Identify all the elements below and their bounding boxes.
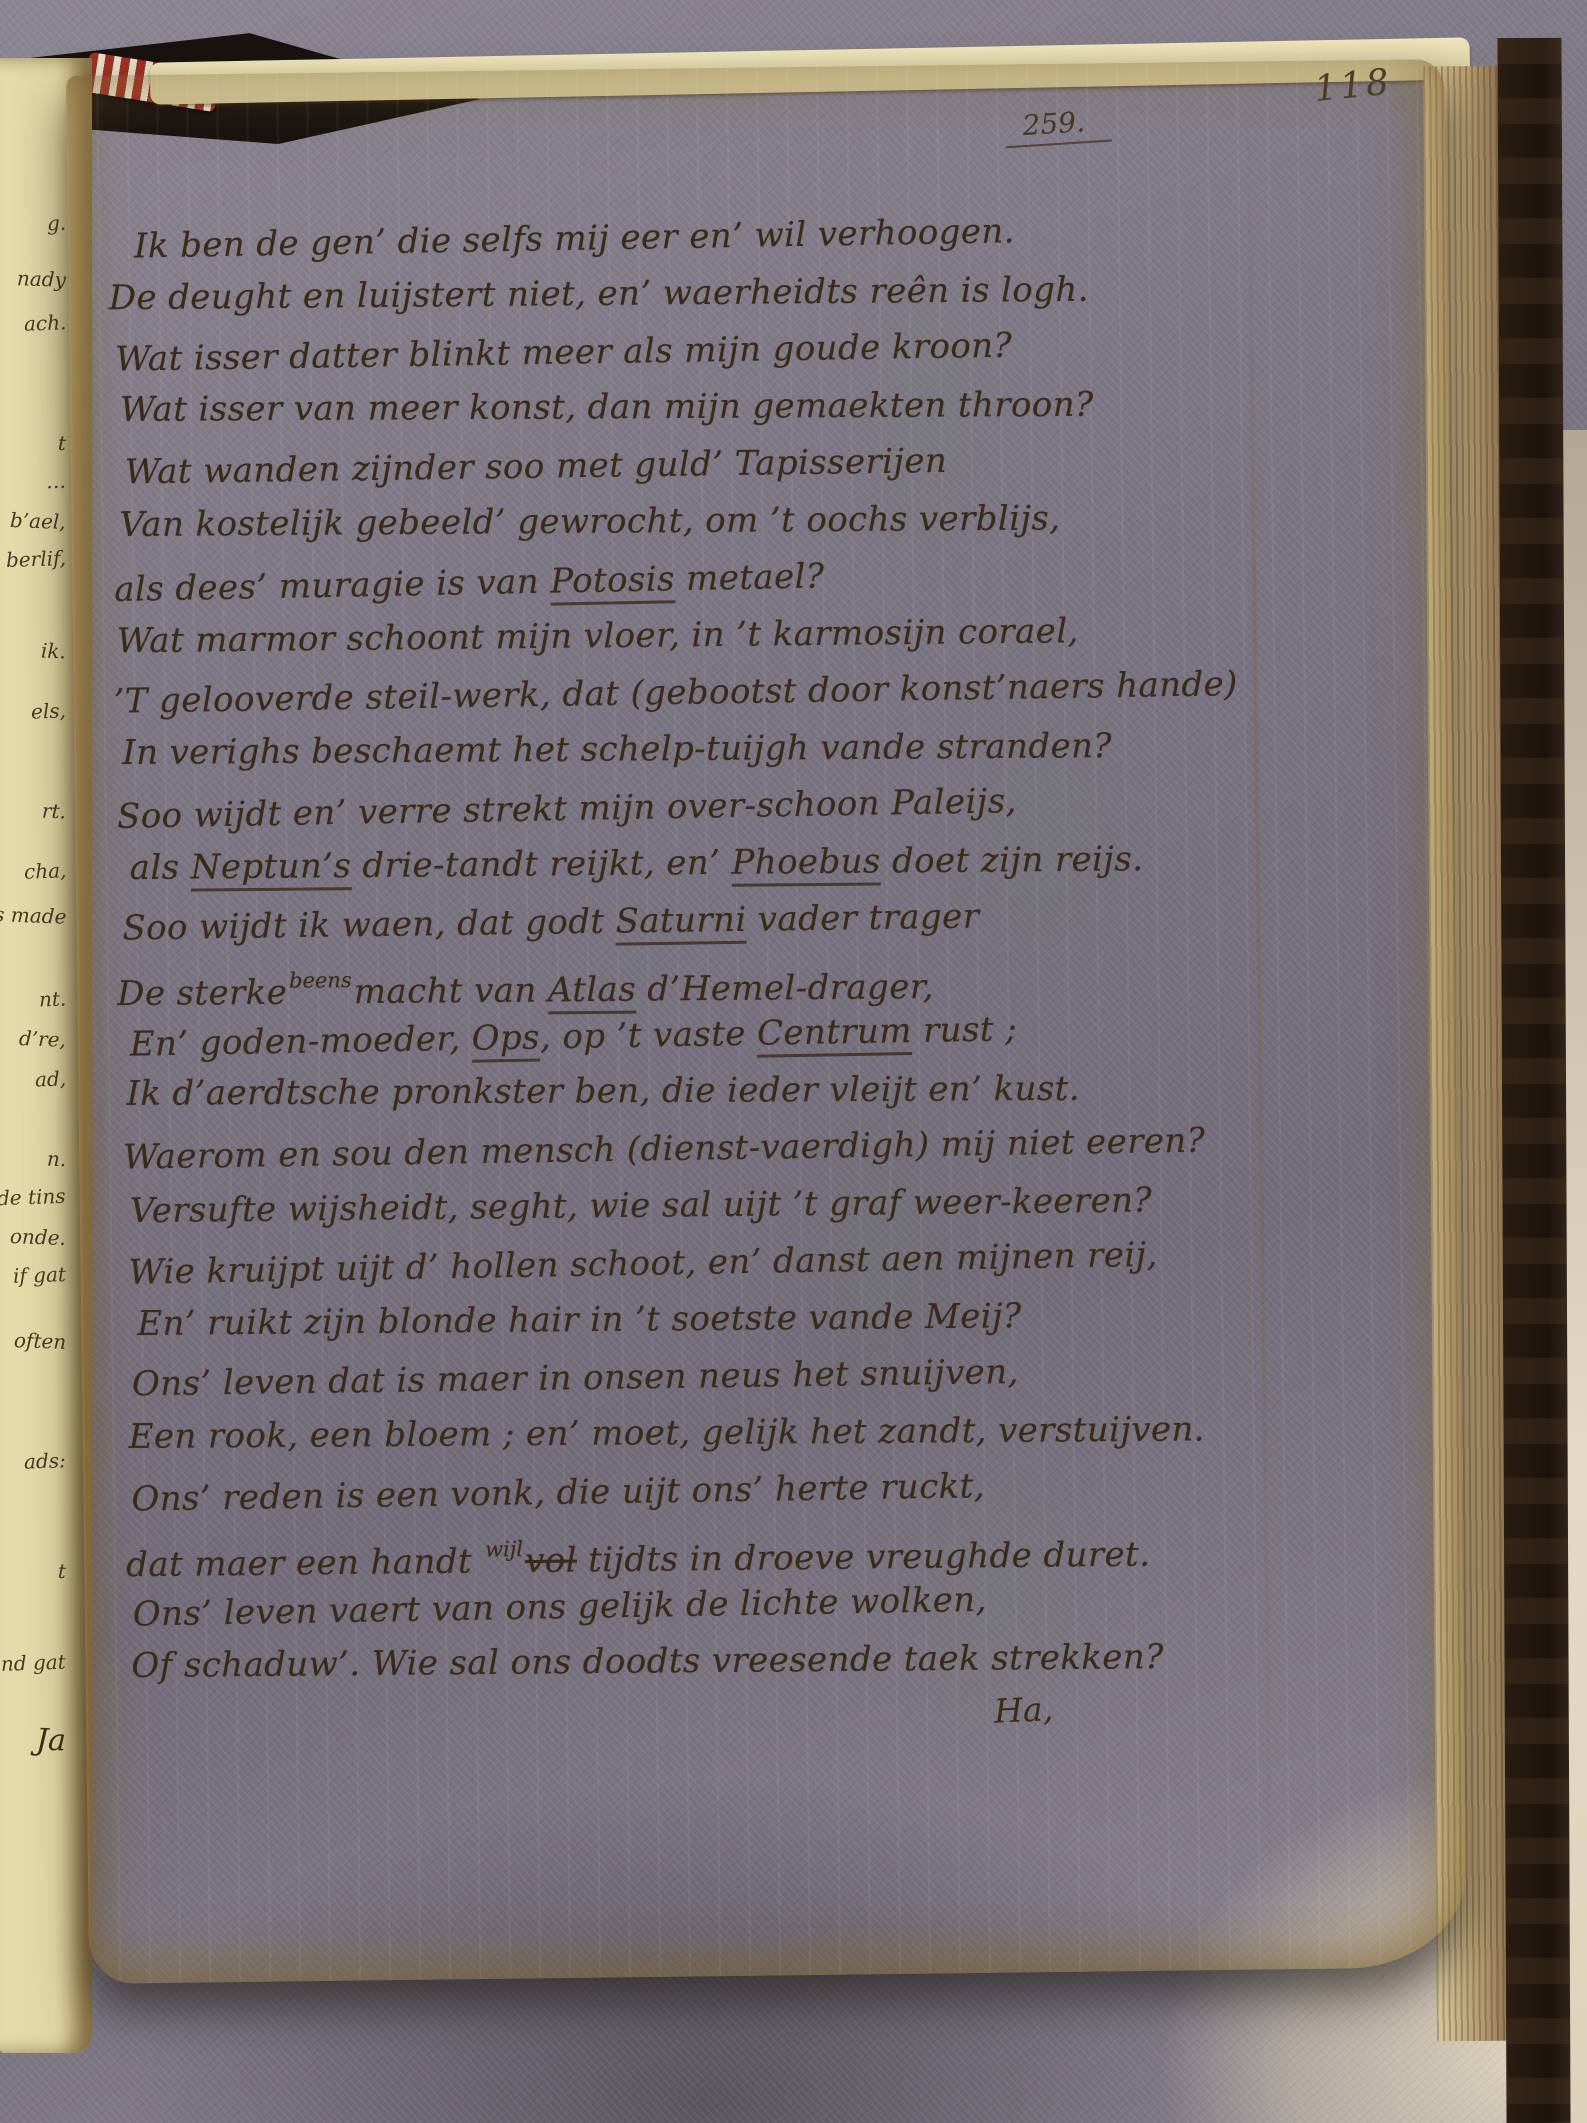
facing-page-text-fragment: t (58, 1560, 67, 1582)
facing-page-text-fragment: nt. (38, 988, 66, 1011)
facing-page-text-fragment: often (13, 1329, 66, 1353)
line-text: In verighs beschaemt het schelp-tuijgh v… (122, 726, 1112, 773)
line-text: als dees’ muragie is van (114, 562, 551, 610)
facing-page-text-fragment: ad, (35, 1067, 67, 1090)
facing-page-text-fragment: … (46, 470, 67, 493)
underlined-word: Ops (471, 1018, 540, 1063)
line-text: Of schaduw’. Wie sal ons doodts vreesend… (131, 1637, 1164, 1686)
line-text: Wie kruijpt uijt d’ hollen schoot, en’ d… (128, 1235, 1158, 1293)
line-text: Versufte wijsheidt, seght, wie sal uijt … (130, 1180, 1153, 1231)
line-text: Wat marmor schoont mijn vloer, in ’t kar… (117, 611, 1079, 661)
line-text: Wat isser van meer konst, dan mijn gemae… (120, 385, 1094, 430)
facing-page-text-fragment: t (58, 432, 67, 454)
interlinear-insertion: beens (289, 968, 352, 993)
line-text: doet zijn reijs. (881, 839, 1144, 881)
line-text: drie-tandt reijkt, en’ (351, 843, 732, 886)
line-text: Een rook, een bloem ; en’ moet, gelijk h… (129, 1409, 1206, 1457)
manuscript-lines: Ik ben de gen’ die selfs mij eer en’ wil… (108, 200, 1426, 1698)
line-text: Ons’ leven vaert van ons gelijk de licht… (132, 1580, 987, 1635)
line-text: metael? (675, 556, 825, 599)
line-text: Ik d’aerdtsche pronkster ben, die ieder … (126, 1069, 1080, 1114)
line-text: En’ goden-moeder, (129, 1019, 472, 1065)
line-text: Wat wanden zijnder soo met guld’ Tapisse… (125, 441, 948, 492)
facing-page-text-fragment: onde. (10, 1225, 67, 1249)
line-text: ’T gelooverde steil-werk, dat (gebootst … (113, 664, 1238, 722)
line-text: , op ’t vaste (540, 1014, 758, 1058)
manuscript-page: 118 259. Ik ben de gen’ die selfs mij ee… (66, 59, 1467, 1984)
struck-word: vol (525, 1541, 577, 1582)
facing-page-text-fragment: and gat (0, 1651, 66, 1676)
line-text: Ons’ leven dat is maer in onsen neus het… (132, 1352, 1019, 1404)
book-cover-edge (1497, 38, 1570, 2123)
facing-page-text-fragment: els, (31, 699, 67, 722)
line-text: Soo wijdt ik waen, dat godt (122, 902, 616, 949)
line-text: rust ; (912, 1009, 1018, 1051)
underlined-word: Neptun’s (191, 846, 352, 891)
underlined-word: Phoebus (731, 841, 881, 886)
facing-page-text-fragment: b’ael, (10, 509, 66, 533)
folio-number: 118 (1312, 63, 1393, 111)
line-text: Van kostelijk gebeeld’ gewrocht, om ’t o… (119, 498, 1060, 545)
facing-page-text-fragment: berlif, (6, 547, 67, 571)
facing-page-text-fragment: d’re, (19, 1027, 67, 1051)
line-text: macht van (354, 970, 548, 1012)
facing-page-text-fragment: ik. (41, 640, 67, 663)
underlined-word: Saturni (615, 900, 747, 946)
facing-page-text-fragment: de tins (0, 1185, 66, 1209)
line-text: dat maer een handt (126, 1542, 483, 1586)
underlined-word: Potosis (550, 559, 676, 605)
facing-page-text-fragment: if gat (13, 1263, 67, 1287)
facing-page-text-fragment: iets made (0, 902, 66, 927)
line-text: Soo wijdt en’ verre strekt mijn over-sch… (117, 781, 1017, 837)
line-text: En’ ruikt zijn blonde hair in ’t soetste… (137, 1296, 1022, 1344)
line-text: Ik ben de gen’ die selfs mij eer en’ wil… (134, 211, 1015, 266)
manuscript-line: Of schaduw’. Wie sal ons doodts vreesend… (131, 1627, 1425, 1695)
line-text: vader trager (746, 897, 979, 940)
facing-page-text-fragment: nady (17, 267, 67, 291)
line-text: Ons’ reden is een vonk, die uijt ons’ he… (131, 1466, 985, 1519)
facing-page-text-fragment: cha, (23, 859, 66, 882)
line-text: De deught en luijstert niet, en’ waerhei… (109, 270, 1089, 319)
facing-page-text-fragment: ach. (23, 311, 66, 334)
facing-page-text-fragment: n. (46, 1148, 66, 1171)
facing-page-text-fragment: ads: (24, 1449, 66, 1472)
facing-page-text-fragment: rt. (42, 800, 67, 823)
old-page-number: 259. (1004, 104, 1113, 148)
line-text: Wat isser datter blinkt meer als mijn go… (115, 326, 1012, 380)
facing-page-text-fragment: Ja (36, 1729, 67, 1752)
line-text: als (130, 848, 191, 889)
catchword: Ha, (993, 1691, 1054, 1730)
line-text: Waerom en sou den mensch (dienst-vaerdig… (123, 1121, 1206, 1178)
underlined-word: Centrum (757, 1011, 913, 1058)
facing-page-text-fragment: g. (46, 212, 66, 235)
line-text: De sterke (117, 973, 287, 1014)
interlinear-insertion: wijl (485, 1537, 523, 1561)
photo-of-open-book: { "page": { "folio_number": "118", "old_… (0, 0, 1587, 2123)
